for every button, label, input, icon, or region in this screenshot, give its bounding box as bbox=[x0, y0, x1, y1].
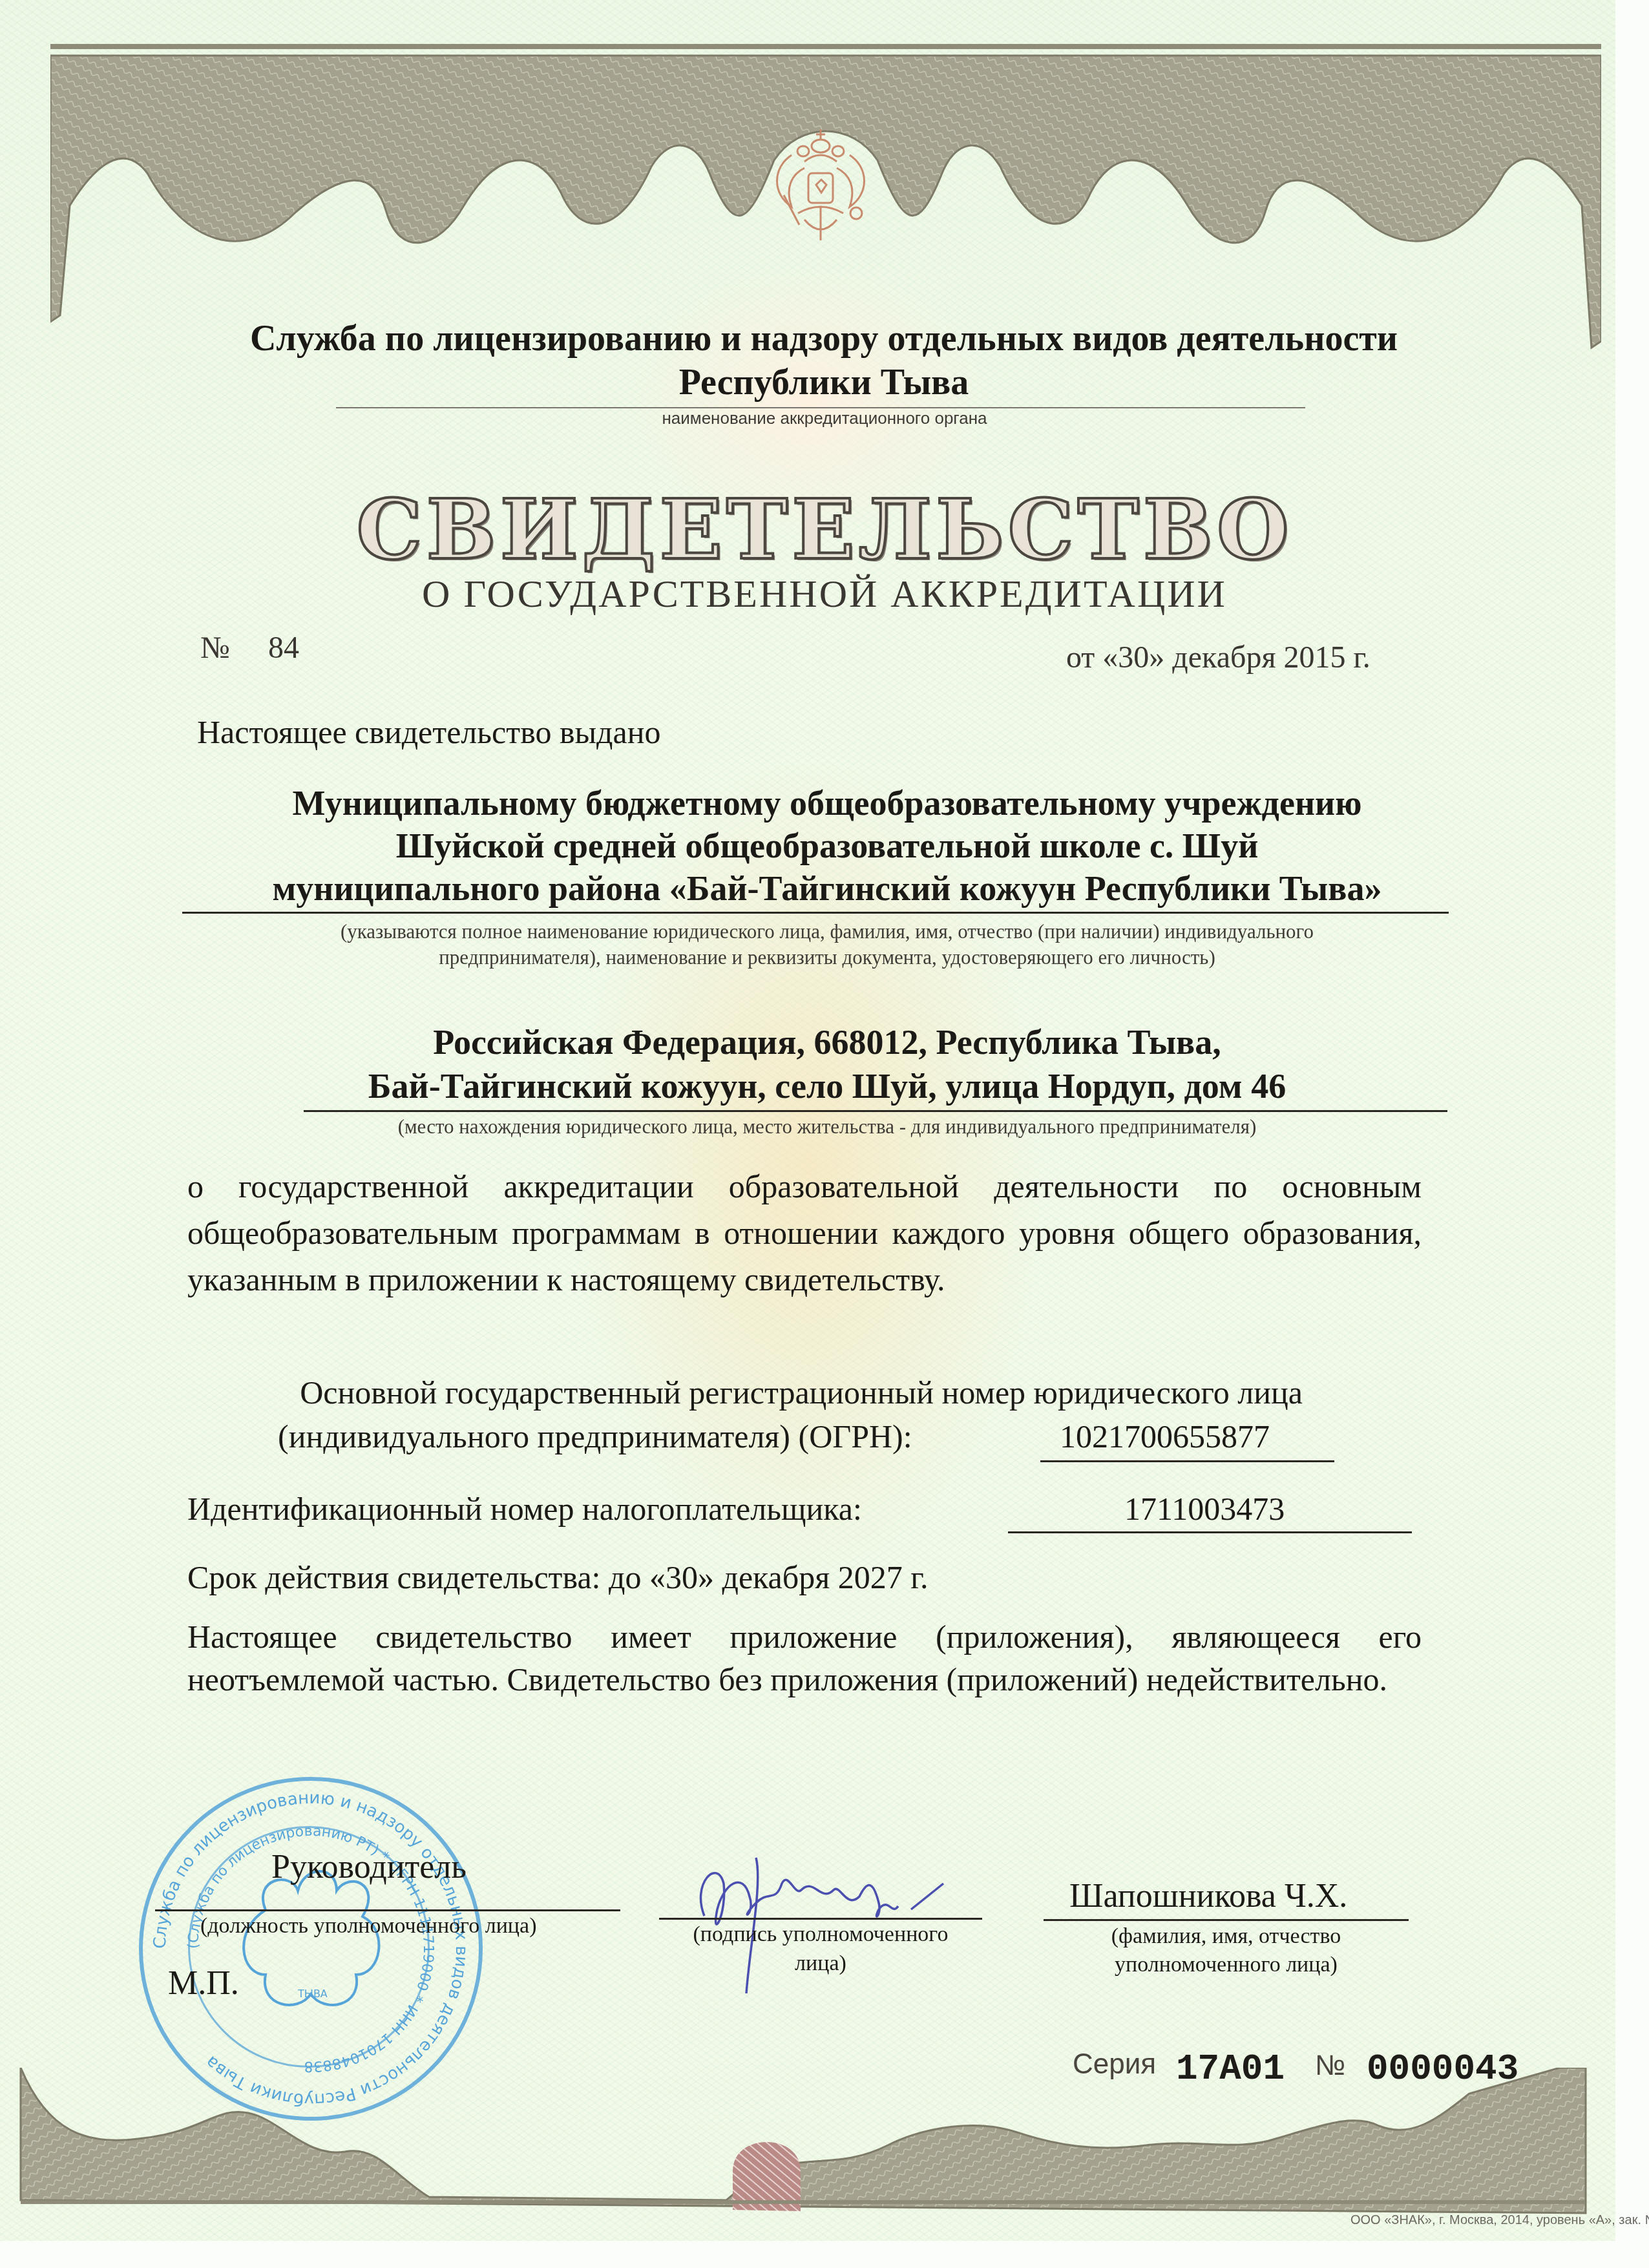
recipient-name-line1: Муниципальному бюджетному общеобразовате… bbox=[181, 782, 1473, 824]
seal-center-text: ТЫВА bbox=[297, 1988, 328, 2000]
recipient-underline bbox=[182, 912, 1449, 914]
serial-number-label: № bbox=[1315, 2050, 1345, 2082]
ogrn-value: 1021700655877 bbox=[1060, 1414, 1270, 1459]
issuer-name-line1: Служба по лицензированию и надзору отдел… bbox=[194, 317, 1454, 361]
signature-caption-line1: (подпись уполномоченного bbox=[659, 1922, 982, 1947]
issuer-caption: наименование аккредитационного органа bbox=[0, 408, 1649, 428]
address-underline bbox=[304, 1110, 1447, 1112]
bottom-ornament-border bbox=[9, 2068, 1612, 2236]
document-title: СВИДЕТЕЛЬСТВО bbox=[0, 481, 1649, 578]
name-underline bbox=[1044, 1919, 1409, 1921]
address-line2: Бай-Тайгинский кожуун, село Шуй, улица Н… bbox=[181, 1066, 1473, 1106]
position-caption: (должность уполномоченного лица) bbox=[200, 1914, 536, 1938]
issue-date: от «30» декабря 2015 г. bbox=[1066, 640, 1371, 675]
address-line1: Российская Федерация, 668012, Республика… bbox=[181, 1022, 1473, 1062]
recipient-caption-line2: предпринимателя), наименование и реквизи… bbox=[181, 946, 1473, 969]
issuer-name-line2: Республики Тыва bbox=[194, 361, 1454, 404]
signatory-position: Руководитель bbox=[271, 1848, 467, 1886]
inn-value: 1711003473 bbox=[1124, 1486, 1285, 1531]
certificate-number: 84 bbox=[268, 630, 299, 666]
inn-label: Идентификационный номер налогоплательщик… bbox=[187, 1486, 862, 1531]
signatory-name: Шапошникова Ч.Х. bbox=[1069, 1877, 1347, 1915]
serial-number: 0000043 bbox=[1367, 2048, 1518, 2090]
certificate-sheet: Служба по лицензированию и надзору отдел… bbox=[0, 0, 1615, 2241]
ogrn-label-line2: (индивидуального предпринимателя) (ОГРН)… bbox=[278, 1414, 912, 1459]
name-caption-line2: уполномоченного лица) bbox=[1044, 1953, 1409, 1977]
validity-period: Срок действия свидетельства: до «30» дек… bbox=[187, 1555, 929, 1600]
coat-of-arms-icon bbox=[766, 123, 876, 246]
address-caption: (место нахождения юридического лица, мес… bbox=[181, 1115, 1473, 1139]
appendix-note: Настоящее свидетельство имеет приложение… bbox=[187, 1615, 1422, 1701]
ogrn-underline bbox=[1040, 1460, 1334, 1462]
recipient-name-line2: Шуйской средней общеобразовательной школ… bbox=[181, 824, 1473, 867]
accreditation-statement: о государственной аккредитации образоват… bbox=[187, 1163, 1422, 1303]
signature-caption-line2: лица) bbox=[659, 1951, 982, 1976]
recipient-name-line3: муниципального района «Бай-Тайгинский ко… bbox=[181, 867, 1473, 910]
number-label: № bbox=[200, 630, 230, 666]
serial-label: Серия bbox=[1073, 2048, 1156, 2081]
name-caption-line1: (фамилия, имя, отчество bbox=[1044, 1924, 1409, 1949]
seal-emblem-icon: Служба по лицензированию и надзору отдел… bbox=[143, 1781, 479, 2117]
recipient-caption-line1: (указываются полное наименование юридиче… bbox=[181, 920, 1473, 943]
ogrn-label-line1: Основной государственный регистрационный… bbox=[194, 1370, 1409, 1415]
signature-underline bbox=[659, 1918, 982, 1920]
position-underline bbox=[155, 1909, 620, 1911]
printer-imprint: ООО «ЗНАК», г. Москва, 2014, уровень «А»… bbox=[1350, 2213, 1649, 2228]
serial-series: 17А01 bbox=[1176, 2048, 1285, 2090]
stamp-place-label: М.П. bbox=[168, 1964, 239, 2002]
document-subtitle: О ГОСУДАРСТВЕННОЙ АККРЕДИТАЦИИ bbox=[0, 572, 1649, 616]
inn-underline bbox=[1008, 1531, 1412, 1533]
issued-to-intro: Настоящее свидетельство выдано bbox=[197, 709, 661, 755]
